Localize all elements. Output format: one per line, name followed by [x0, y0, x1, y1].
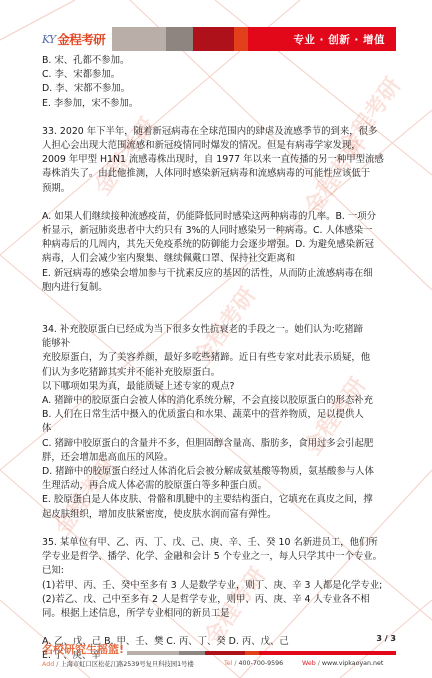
question-35-stem: 35. 某单位有甲、乙、丙、丁、戊、己、庚、辛、壬、癸 10 名新进员工，他们所…	[42, 536, 398, 621]
option-c: C. 李、宋都参加。	[42, 68, 398, 82]
option-line: C. 猪蹄中胶原蛋白的含量并不多，但胆固醇含量高、脂肪多，食用过多会引起肥	[42, 437, 398, 451]
web-value: www.vipkaoyan.net	[322, 660, 384, 667]
header-band-4	[234, 27, 248, 51]
stem-line: (2)若乙、戊、己中至多有 2 人是哲学专业，则甲、丙、庚、辛 4 人专业各不相	[42, 593, 398, 607]
option-line: B. 人们在日常生活中摄入的优质蛋白和水果、蔬菜中的营养物质，足以提供人	[42, 408, 398, 422]
option-line: 病毒，人们会减少室内聚集、继续佩戴口罩、保持社交距离和	[42, 252, 398, 266]
option-line: D. 猪蹄中的胶原蛋白经过人体消化后会被分解成氨基酸等物质，氨基酸参与人体	[42, 465, 398, 479]
option-line: E. 新冠病毒的感染会增加参与干扰素反应的基因的活性，从而防止流感病毒在细	[42, 267, 398, 281]
footer-website: Web/www.vipkaoyan.net	[302, 660, 383, 667]
stem-line: 2009 年甲型 H1N1 流感毒株出现时，自 1977 年以来一直传播的另一种…	[42, 153, 398, 167]
address-value: 上海市虹口区松花江路2539号复旦科技园1号楼	[60, 661, 193, 668]
option-line: 体	[42, 422, 398, 436]
tel-label: Tel	[224, 660, 232, 667]
stem-line: 能够补	[42, 337, 398, 351]
stem-line: 学专业是哲学、播学、化学、金融和会计 5 个专业之一，每人只学其中一个专业。	[42, 550, 398, 564]
page-number: 3 / 3	[376, 634, 396, 643]
option-line: A. 如果人们继续接种流感疫苗，仍能降低同时感染这两种病毒的几率。B. 一项分	[42, 210, 398, 224]
footer-slogan: 名校研究生摇篮!	[42, 643, 124, 657]
address-label: Add	[42, 661, 54, 668]
footer-address: Add/上海市虹口区松花江路2539号复旦科技园1号楼	[42, 659, 224, 668]
option-line: 生理活动，再合成人体必需的胶原蛋白等多种蛋白质。	[42, 479, 398, 493]
header-band-1	[112, 27, 166, 51]
footer-telephone: Tel/400-700-9596	[224, 660, 302, 667]
option-line: A. 猪蹄中的胶原蛋白会被人体的消化系统分解，不会直接以胶原蛋白的形态补充	[42, 394, 398, 408]
stem-line: 预期。	[42, 182, 398, 196]
question-34-stem: 34. 补充胶原蛋白已经成为当下很多女性抗衰老的手段之一。她们认为:吃猪蹄 能够…	[42, 323, 398, 394]
stem-line: 已知:	[42, 564, 398, 578]
page-footer: 名校研究生摇篮! Add/上海市虹口区松花江路2539号复旦科技园1号楼 Tel…	[42, 643, 396, 668]
option-b: B. 宋、孔都不参加。	[42, 54, 398, 68]
tel-value: 400-700-9596	[239, 660, 284, 667]
stem-line: 以下哪项如果为真，最能质疑上述专家的观点?	[42, 380, 398, 394]
question-32-options: B. 宋、孔都不参加。 C. 李、宋都参加。 D. 李、宋都不参加。 E. 李参…	[42, 54, 398, 111]
option-line: 析显示，新冠肺炎患者中大约只有 3%的人同时感染另一种病毒。C. 人体感染一	[42, 224, 398, 238]
option-e: E. 李参加，宋不参加。	[42, 97, 398, 111]
question-34: 34. 补充胶原蛋白已经成为当下很多女性抗衰老的手段之一。她们认为:吃猪蹄 能够…	[42, 323, 398, 522]
logo-text: 金程考研	[57, 30, 105, 48]
question-34-options: A. 猪蹄中的胶原蛋白会被人体的消化系统分解，不会直接以胶原蛋白的形态补充 B.…	[42, 394, 398, 522]
page-header: KY 金程考研 专业 · 创新 · 增值	[42, 27, 396, 51]
footer-color-bar	[127, 651, 396, 655]
stem-line: 们认为多吃猪蹄其实并不能补充胶原蛋白。	[42, 366, 398, 380]
question-33-options: A. 如果人们继续接种流感疫苗，仍能降低同时感染这两种病毒的几率。B. 一项分 …	[42, 210, 398, 295]
question-33-stem: 33. 2020 年下半年，随着新冠病毒在全球范围内的肆虐及流感季节的到来，很多…	[42, 125, 398, 196]
brand-logo: KY 金程考研	[42, 27, 112, 51]
header-band-2	[166, 27, 193, 51]
stem-line: 同。根据上述信息，所学专业相同的新员工是	[42, 607, 398, 621]
stem-line: 人担心会出现大范围流感和新冠疫情同时爆发的情况。但是有病毒学家发现，	[42, 139, 398, 153]
option-line: 起皮肤组织，增加皮肤紧密度，使皮肤水润而富有弹性。	[42, 508, 398, 522]
document-body: B. 宋、孔都不参加。 C. 李、宋都参加。 D. 李、宋都不参加。 E. 李参…	[42, 54, 398, 664]
stem-line: (1)若甲、丙、壬、癸中至多有 3 人是数学专业，则丁、庚、辛 3 人都是化学专…	[42, 579, 398, 593]
option-line: 胞内进行复制。	[42, 281, 398, 295]
stem-line: 33. 2020 年下半年，随着新冠病毒在全球范围内的肆虐及流感季节的到来，很多	[42, 125, 398, 139]
stem-line: 毒株消失了。由此他推测，人体同时感染新冠病毒和流感病毒的可能性应该低于	[42, 167, 398, 181]
logo-mark-icon: KY	[42, 33, 55, 46]
header-band-3	[193, 27, 234, 51]
option-line: 胖，还会增加患高血压的风险。	[42, 451, 398, 465]
header-slogan: 专业 · 创新 · 增值	[293, 32, 385, 47]
stem-line: 充胶原蛋白，为了美容养颜，最好多吃些猪蹄。近日有些专家对此表示质疑，他	[42, 351, 398, 365]
option-line: E. 胶原蛋白是人体皮肤、骨骼和肌腱中的主要结构蛋白，它填充在真皮之间，撑	[42, 493, 398, 507]
stem-line: 35. 某单位有甲、乙、丙、丁、戊、己、庚、辛、壬、癸 10 名新进员工，他们所	[42, 536, 398, 550]
question-33: 33. 2020 年下半年，随着新冠病毒在全球范围内的肆虐及流感季节的到来，很多…	[42, 125, 398, 295]
web-label: Web	[302, 660, 316, 667]
option-d: D. 李、宋都不参加。	[42, 82, 398, 96]
option-line: 种病毒后的几周内，其先天免疫系统的防御能力会逐步增强。D. 为避免感染新冠	[42, 238, 398, 252]
header-band-5: 专业 · 创新 · 增值	[248, 27, 396, 51]
stem-line: 34. 补充胶原蛋白已经成为当下很多女性抗衰老的手段之一。她们认为:吃猪蹄	[42, 323, 398, 337]
